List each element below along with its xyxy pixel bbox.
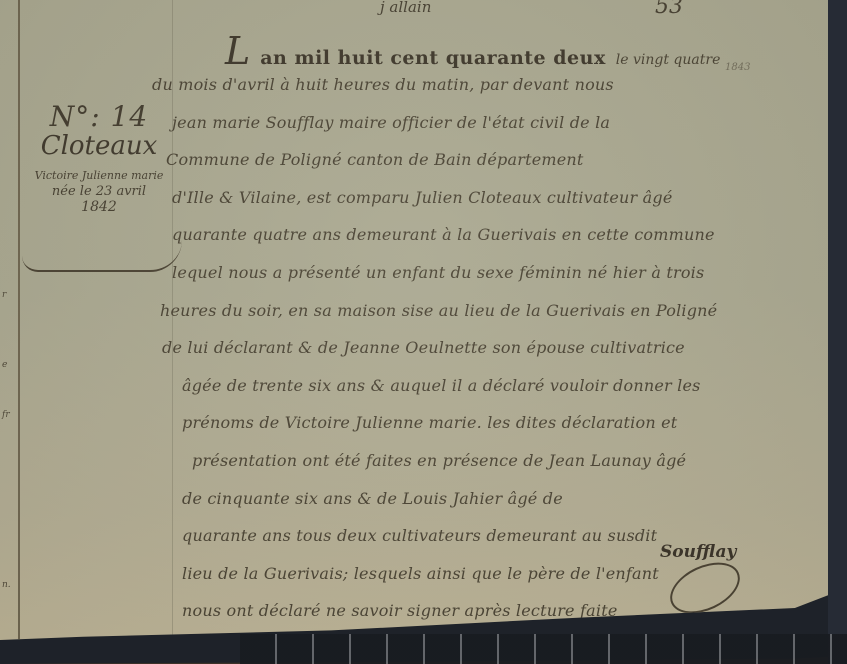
body-line: prénoms de Victoire Julienne marie. les … — [152, 404, 812, 442]
facing-page-fragment: e — [2, 360, 7, 370]
body-line: âgée de trente six ans & auquel il a déc… — [152, 367, 812, 405]
body-line: de lui déclarant & de Jeanne Oeulnette s… — [152, 329, 812, 367]
top-text-fragment: j allain — [380, 0, 431, 16]
act-heading: L an mil huit cent quarante deux le ving… — [225, 32, 720, 70]
body-line: heures du soir, en sa maison sise au lie… — [152, 292, 812, 330]
facing-page-fragment: r — [2, 290, 6, 300]
decorative-initial: L — [225, 32, 250, 70]
body-line: présentation ont été faites en présence … — [152, 442, 812, 480]
body-line: du mois d'avril à huit heures du matin, … — [152, 66, 812, 104]
body-line: lequel nous a présenté un enfant du sexe… — [152, 254, 812, 292]
scan-background-edge — [828, 0, 847, 664]
birth-year: 1842 — [26, 199, 172, 215]
folio-number: 53 — [655, 0, 683, 19]
given-names: Victoire Julienne marie — [26, 169, 172, 182]
facing-page-fragments: r e fr n. — [0, 0, 18, 640]
document-scan: r e fr n. j allain 53 1843 N°: 14 Clotea… — [0, 0, 847, 664]
margin-annotation: N°: 14 Cloteaux Victoire Julienne marie … — [26, 100, 172, 215]
body-line: d'Ille & Vilaine, est comparu Julien Clo… — [152, 179, 812, 217]
facing-page-fragment: n. — [2, 580, 11, 590]
binding-gutter-line — [18, 0, 20, 640]
act-number: N°: 14 — [26, 100, 172, 133]
facing-page-fragment: fr — [2, 410, 10, 420]
body-line: de cinquante six ans & de Louis Jahier â… — [152, 480, 812, 518]
body-line: Commune de Poligné canton de Bain départ… — [152, 141, 812, 179]
mayor-signature: Soufflay — [660, 542, 736, 562]
register-page: r e fr n. j allain 53 1843 N°: 14 Clotea… — [0, 0, 828, 640]
birth-date-label: née le 23 avril — [26, 184, 172, 199]
surname: Cloteaux — [26, 131, 172, 161]
scale-ruler-strip — [240, 634, 847, 664]
body-line: jean marie Soufflay maire officier de l'… — [152, 104, 812, 142]
body-line: quarante quatre ans demeurant à la Gueri… — [152, 216, 812, 254]
